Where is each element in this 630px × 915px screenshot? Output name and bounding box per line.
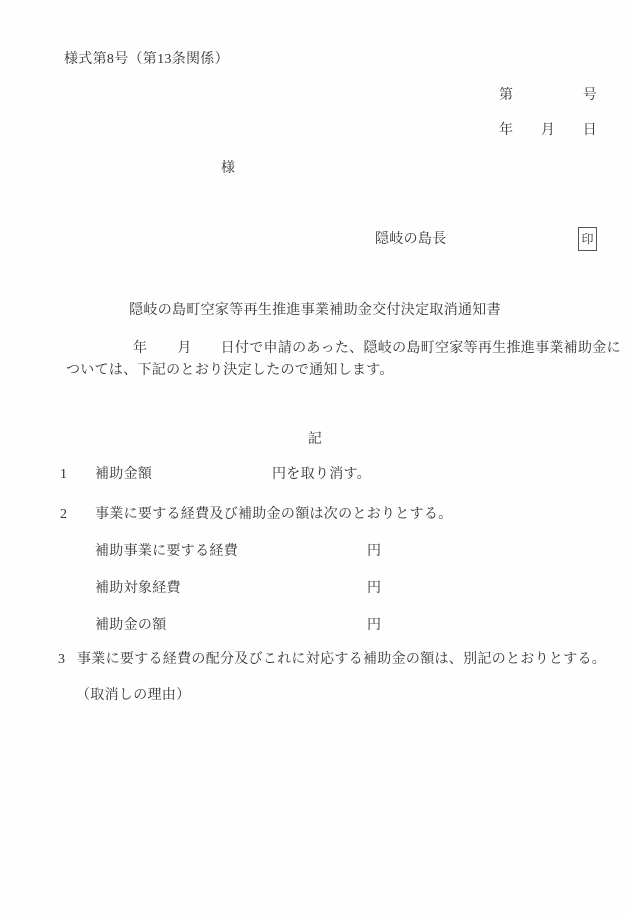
document-page: 様式第8号（第13条関係） 第 号 年 月 日 様 隠岐の島長 印 隠岐の島町空…	[0, 0, 630, 915]
body-line1-rest: 日付で申請のあった、隠岐の島町空家等再生推進事業補助金に	[221, 341, 621, 356]
body-month-label: 月	[177, 341, 191, 356]
body-line-1: 年月日付で申請のあった、隠岐の島町空家等再生推進事業補助金に	[133, 341, 621, 358]
item-3-text: 事業に要する経費の配分及びこれに対応する補助金の額は、別記のとおりとする。	[77, 652, 606, 667]
issuer-name: 隠岐の島長	[375, 232, 447, 249]
item-1-label: 補助金額	[95, 467, 272, 484]
item-3: 3事業に要する経費の配分及びこれに対応する補助金の額は、別記のとおりとする。	[58, 652, 606, 669]
record-mark: 記	[0, 432, 630, 449]
expense-2-label: 補助対象経費	[95, 581, 367, 598]
item-2-number: 2	[60, 507, 95, 524]
doc-no-prefix: 第	[499, 88, 513, 105]
doc-no-suffix: 号	[583, 88, 597, 105]
date-day-label: 日	[583, 123, 597, 140]
item-1-number: 1	[60, 467, 95, 484]
date-month-label: 月	[541, 123, 555, 140]
seal-stamp-box: 印	[578, 227, 597, 251]
item-2: 2事業に要する経費及び補助金の額は次のとおりとする。	[60, 507, 453, 524]
expense-row: 補助対象経費円	[95, 581, 381, 598]
item-2-text: 事業に要する経費及び補助金の額は次のとおりとする。	[95, 507, 453, 522]
expense-row: 補助金の額円	[95, 618, 381, 635]
document-number-line: 第 号	[499, 88, 597, 105]
item-1-suffix: 円を取り消す。	[272, 467, 371, 482]
expense-3-unit: 円	[367, 618, 381, 633]
document-title: 隠岐の島町空家等再生推進事業補助金交付決定取消通知書	[0, 303, 630, 320]
form-number-label: 様式第8号（第13条関係）	[64, 52, 229, 69]
expense-row: 補助事業に要する経費円	[95, 544, 381, 561]
expense-1-label: 補助事業に要する経費	[95, 544, 367, 561]
date-line: 年 月 日	[499, 123, 597, 140]
expense-2-unit: 円	[367, 581, 381, 596]
expense-1-unit: 円	[367, 544, 381, 559]
body-year-label: 年	[133, 341, 147, 356]
cancellation-reason-label: （取消しの理由）	[76, 688, 190, 705]
addressee-honorific: 様	[221, 161, 235, 178]
date-year-label: 年	[499, 123, 513, 140]
expense-3-label: 補助金の額	[95, 618, 367, 635]
body-line-2: ついては、下記のとおり決定したので通知します。	[66, 363, 394, 380]
item-1: 1補助金額円を取り消す。	[60, 467, 371, 484]
item-3-number: 3	[58, 652, 77, 669]
